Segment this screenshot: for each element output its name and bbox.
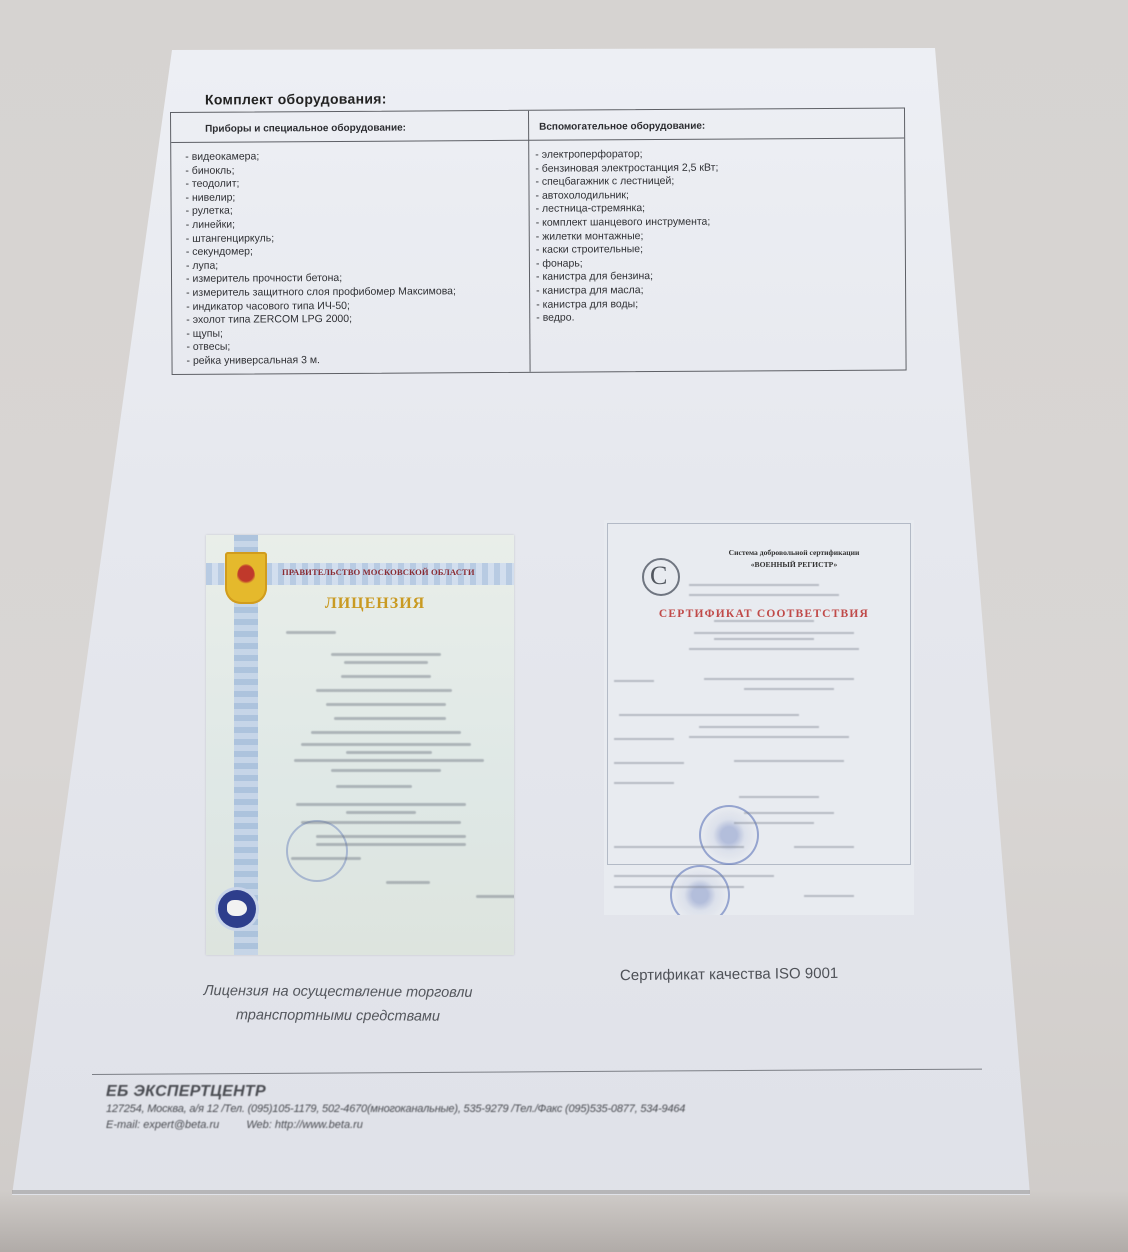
illegible-text (326, 703, 446, 706)
illegible-text (341, 675, 431, 678)
list-item: каски строительные; (536, 243, 719, 258)
list-item: рейка универсальная 3 м. (186, 353, 456, 368)
illegible-text (301, 743, 471, 746)
illegible-text (694, 632, 854, 634)
auxiliary-list: электроперфоратор;бензиновая электростан… (535, 148, 719, 326)
equipment-table: Приборы и специальное оборудование: Вспо… (170, 108, 907, 375)
instruments-list: видеокамера;бинокль;теодолит;нивелир;рул… (185, 149, 456, 368)
certificate-title: СЕРТИФИКАТ СООТВЕТСТВИЯ (604, 608, 914, 620)
list-item: автохолодильник; (535, 188, 718, 203)
web-link[interactable]: Web: http://www.beta.ru (246, 1119, 363, 1131)
certification-system: Система добровольной сертификации (694, 548, 894, 557)
hologram-seal-icon (218, 890, 256, 928)
company-name: ЕБ ЭКСПЕРТЦЕНТР (106, 1083, 685, 1101)
license-title: ЛИЦЕНЗИЯ (206, 595, 514, 613)
footer: ЕБ ЭКСПЕРТЦЕНТР 127254, Москва, а/я 12 /… (106, 1083, 685, 1131)
list-item: комплект шанцевого инструмента; (536, 216, 719, 231)
illegible-text (689, 648, 859, 650)
list-item: канистра для масла; (536, 284, 719, 299)
list-item: лестница-стремянка; (536, 202, 719, 217)
illegible-text (744, 688, 834, 690)
illegible-text (346, 811, 416, 814)
illegible-text (311, 731, 461, 734)
paper-edge (12, 1190, 1030, 1194)
illegible-text (739, 796, 819, 798)
list-item: бензиновая электростанция 2,5 кВт; (535, 161, 718, 176)
illegible-text (714, 620, 814, 622)
license-document-image: ПРАВИТЕЛЬСТВО МОСКОВСКОЙ ОБЛАСТИ ЛИЦЕНЗИ… (206, 535, 514, 955)
list-item: фонарь; (536, 256, 719, 271)
stamp-icon (286, 820, 348, 882)
illegible-text (804, 895, 854, 897)
email-link[interactable]: E-mail: expert@beta.ru (106, 1119, 219, 1131)
illegible-text (734, 822, 814, 824)
illegible-text (386, 881, 430, 884)
illegible-text (614, 846, 744, 848)
paper-sheet: Комплект оборудования: Приборы и специал… (0, 0, 1128, 1252)
illegible-text (316, 835, 466, 838)
column-header-auxiliary: Вспомогательное оборудование: (539, 121, 705, 133)
illegible-text (614, 738, 674, 740)
illegible-text (346, 751, 432, 754)
illegible-text (301, 821, 461, 824)
list-item: жилетки монтажные; (536, 229, 719, 244)
illegible-text (614, 886, 744, 888)
illegible-text (296, 803, 466, 806)
illegible-text (291, 857, 361, 860)
footer-divider (92, 1069, 982, 1075)
illegible-text (294, 759, 484, 762)
certificate-caption: Сертификат качества ISO 9001 (620, 965, 838, 984)
illegible-text (714, 638, 814, 640)
certification-system-name: «ВОЕННЫЙ РЕГИСТР» (694, 560, 894, 569)
company-address: 127254, Москва, а/я 12 /Тел. (095)105-11… (106, 1103, 685, 1115)
certification-logo-icon (642, 558, 680, 596)
license-issuer: ПРАВИТЕЛЬСТВО МОСКОВСКОЙ ОБЛАСТИ (282, 567, 475, 577)
illegible-text (331, 653, 441, 656)
list-item: ведро. (536, 311, 719, 326)
illegible-text (689, 736, 849, 738)
illegible-text (334, 717, 446, 720)
column-divider (528, 111, 531, 372)
illegible-text (614, 762, 684, 764)
list-item: канистра для воды; (536, 297, 719, 312)
contacts: E-mail: expert@beta.ru Web: http://www.b… (106, 1119, 685, 1131)
stamp-icon (670, 865, 730, 915)
list-item: канистра для бензина; (536, 270, 719, 285)
illegible-text (704, 678, 854, 680)
illegible-text (316, 689, 452, 692)
illegible-text (316, 843, 466, 846)
list-item: электроперфоратор; (535, 148, 718, 163)
illegible-text (744, 812, 834, 814)
caption-line: транспортными средствами (158, 1003, 518, 1030)
illegible-text (331, 769, 441, 772)
list-item: спецбагажник с лестницей; (535, 175, 718, 190)
illegible-text (476, 895, 514, 898)
license-caption: Лицензия на осуществление торговли транс… (158, 979, 518, 1030)
illegible-text (619, 714, 799, 716)
column-header-instruments: Приборы и специальное оборудование: (205, 123, 406, 135)
illegible-text (614, 875, 774, 877)
list-item: измеритель защитного слоя профибомер Мак… (186, 285, 456, 300)
illegible-text (286, 631, 336, 634)
caption-line: Лицензия на осуществление торговли (158, 979, 518, 1006)
illegible-text (336, 785, 412, 788)
section-heading: Комплект оборудования: (205, 91, 387, 108)
illegible-text (734, 760, 844, 762)
illegible-text (614, 782, 674, 784)
illegible-text (689, 594, 839, 596)
illegible-text (689, 584, 819, 586)
illegible-text (344, 661, 428, 664)
desk-shadow (0, 1190, 1128, 1252)
illegible-text (699, 726, 819, 728)
stamp-icon (699, 805, 759, 865)
certificate-document-image: Система добровольной сертификации «ВОЕНН… (604, 520, 914, 915)
illegible-text (794, 846, 854, 848)
illegible-text (614, 680, 654, 682)
